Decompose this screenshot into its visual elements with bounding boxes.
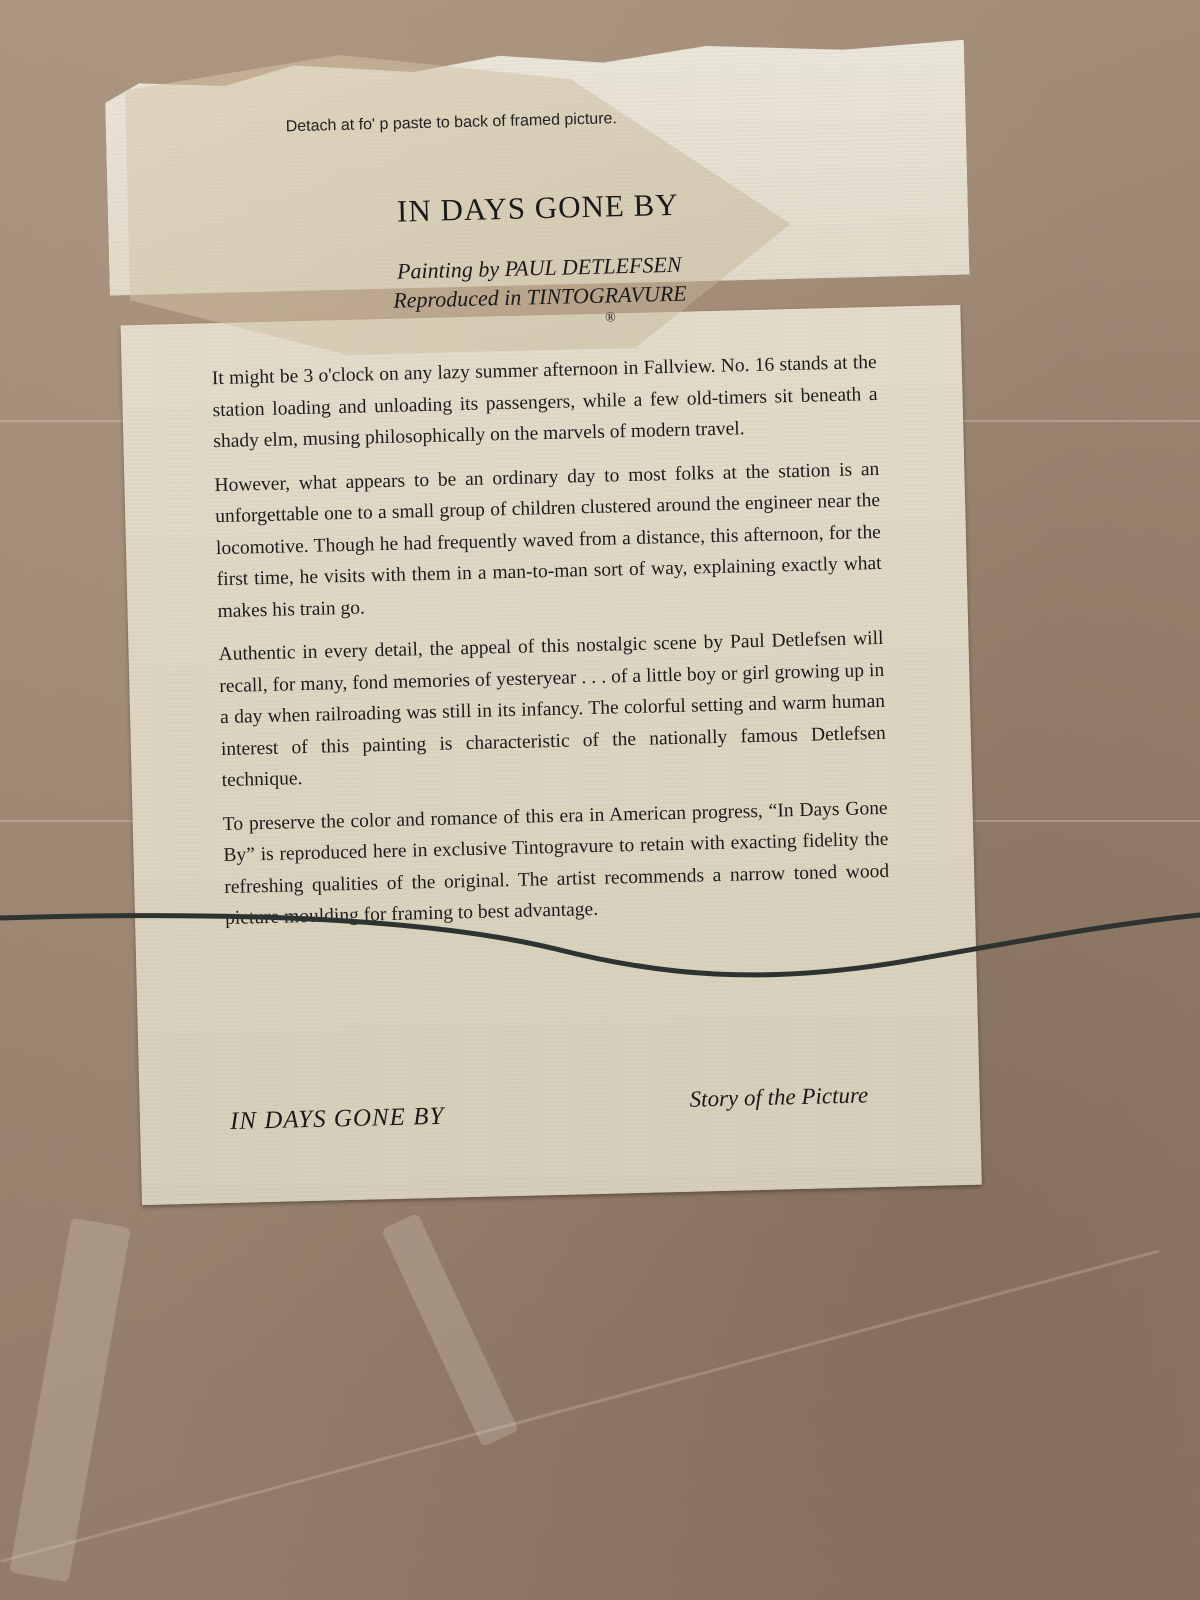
hanging-wire <box>0 0 1200 1600</box>
